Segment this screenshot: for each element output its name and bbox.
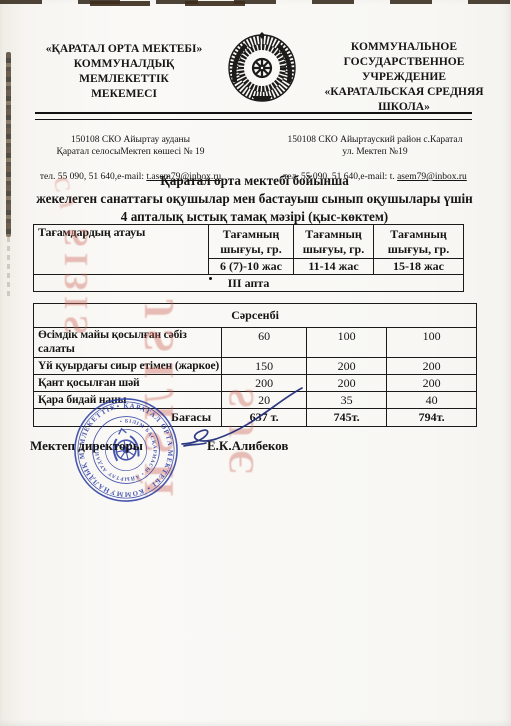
address-lines: 150108 СКО Айыртауский район с.Каратал у… [288,135,463,158]
column-header-output: Тағамның шығуы, гр. [294,225,374,259]
scan-edge-top-dark [90,1,280,6]
address-lines: 150108 СКО Айыртау ауданы Қаратал селосы… [57,135,205,158]
column-header-output: Тағамның шығуы, гр. [209,225,294,259]
dish-name: Үй қуырдағы сиыр етімен (жаркое) [34,358,222,375]
scan-edge-left-tail [7,237,10,297]
price-value: 794т. [387,409,477,427]
dish-weight: 150 [222,358,307,375]
kazakhstan-emblem-icon [226,32,298,104]
dish-weight: 200 [307,358,387,375]
ink-speck [209,277,212,280]
table-row: Үй қуырдағы сиыр етімен (жаркое) 150 200… [34,358,477,375]
menu-header-table: Тағамдардың атауы Тағамның шығуы, гр. Та… [33,224,464,292]
age-group-2: 11-14 жас [294,259,374,275]
org-name-russian: КОММУНАЛЬНОЕ ГОСУДАРСТВЕННОЕ УЧРЕЖДЕНИЕ … [308,40,500,115]
document-title: Қаратал орта мектебі бойынша жекелеген с… [33,172,476,227]
day-label: Сәрсенбі [34,304,477,328]
dish-weight: 40 [387,392,477,409]
age-group-1: 6 (7)-10 жас [209,259,294,275]
price-value: 745т. [307,409,387,427]
dish-weight: 100 [387,328,477,358]
column-header-dish: Тағамдардың атауы [34,225,209,275]
column-header-output: Тағамның шығуы, гр. [374,225,464,259]
scanned-document-page: ЅІЗІЅ ЈЅІЛЅЍ ЅЈЄ СЈ «ҚАРАТАЛ ОРТА МЕКТЕБ… [0,0,511,726]
dish-weight: 200 [387,375,477,392]
dish-weight: 200 [307,375,387,392]
dish-weight: 200 [387,358,477,375]
scan-edge-left [6,52,11,237]
dish-weight: 60 [222,328,307,358]
handwritten-signature [138,382,310,460]
table-row: Өсімдік майы қосылған сәбіз салаты 60 10… [34,328,477,358]
week-label: ІІІ апта [34,275,464,292]
dish-weight: 100 [307,328,387,358]
dish-weight: 35 [307,392,387,409]
age-group-3: 15-18 жас [374,259,464,275]
org-name-kazakh: «ҚАРАТАЛ ОРТА МЕКТЕБІ» КОММУНАЛДЫҚ МЕМЛЕ… [28,42,220,102]
letterhead-divider [35,112,472,120]
dish-name: Өсімдік майы қосылған сәбіз салаты [34,328,222,358]
signature-role-label: Мектеп директоры [30,438,143,454]
